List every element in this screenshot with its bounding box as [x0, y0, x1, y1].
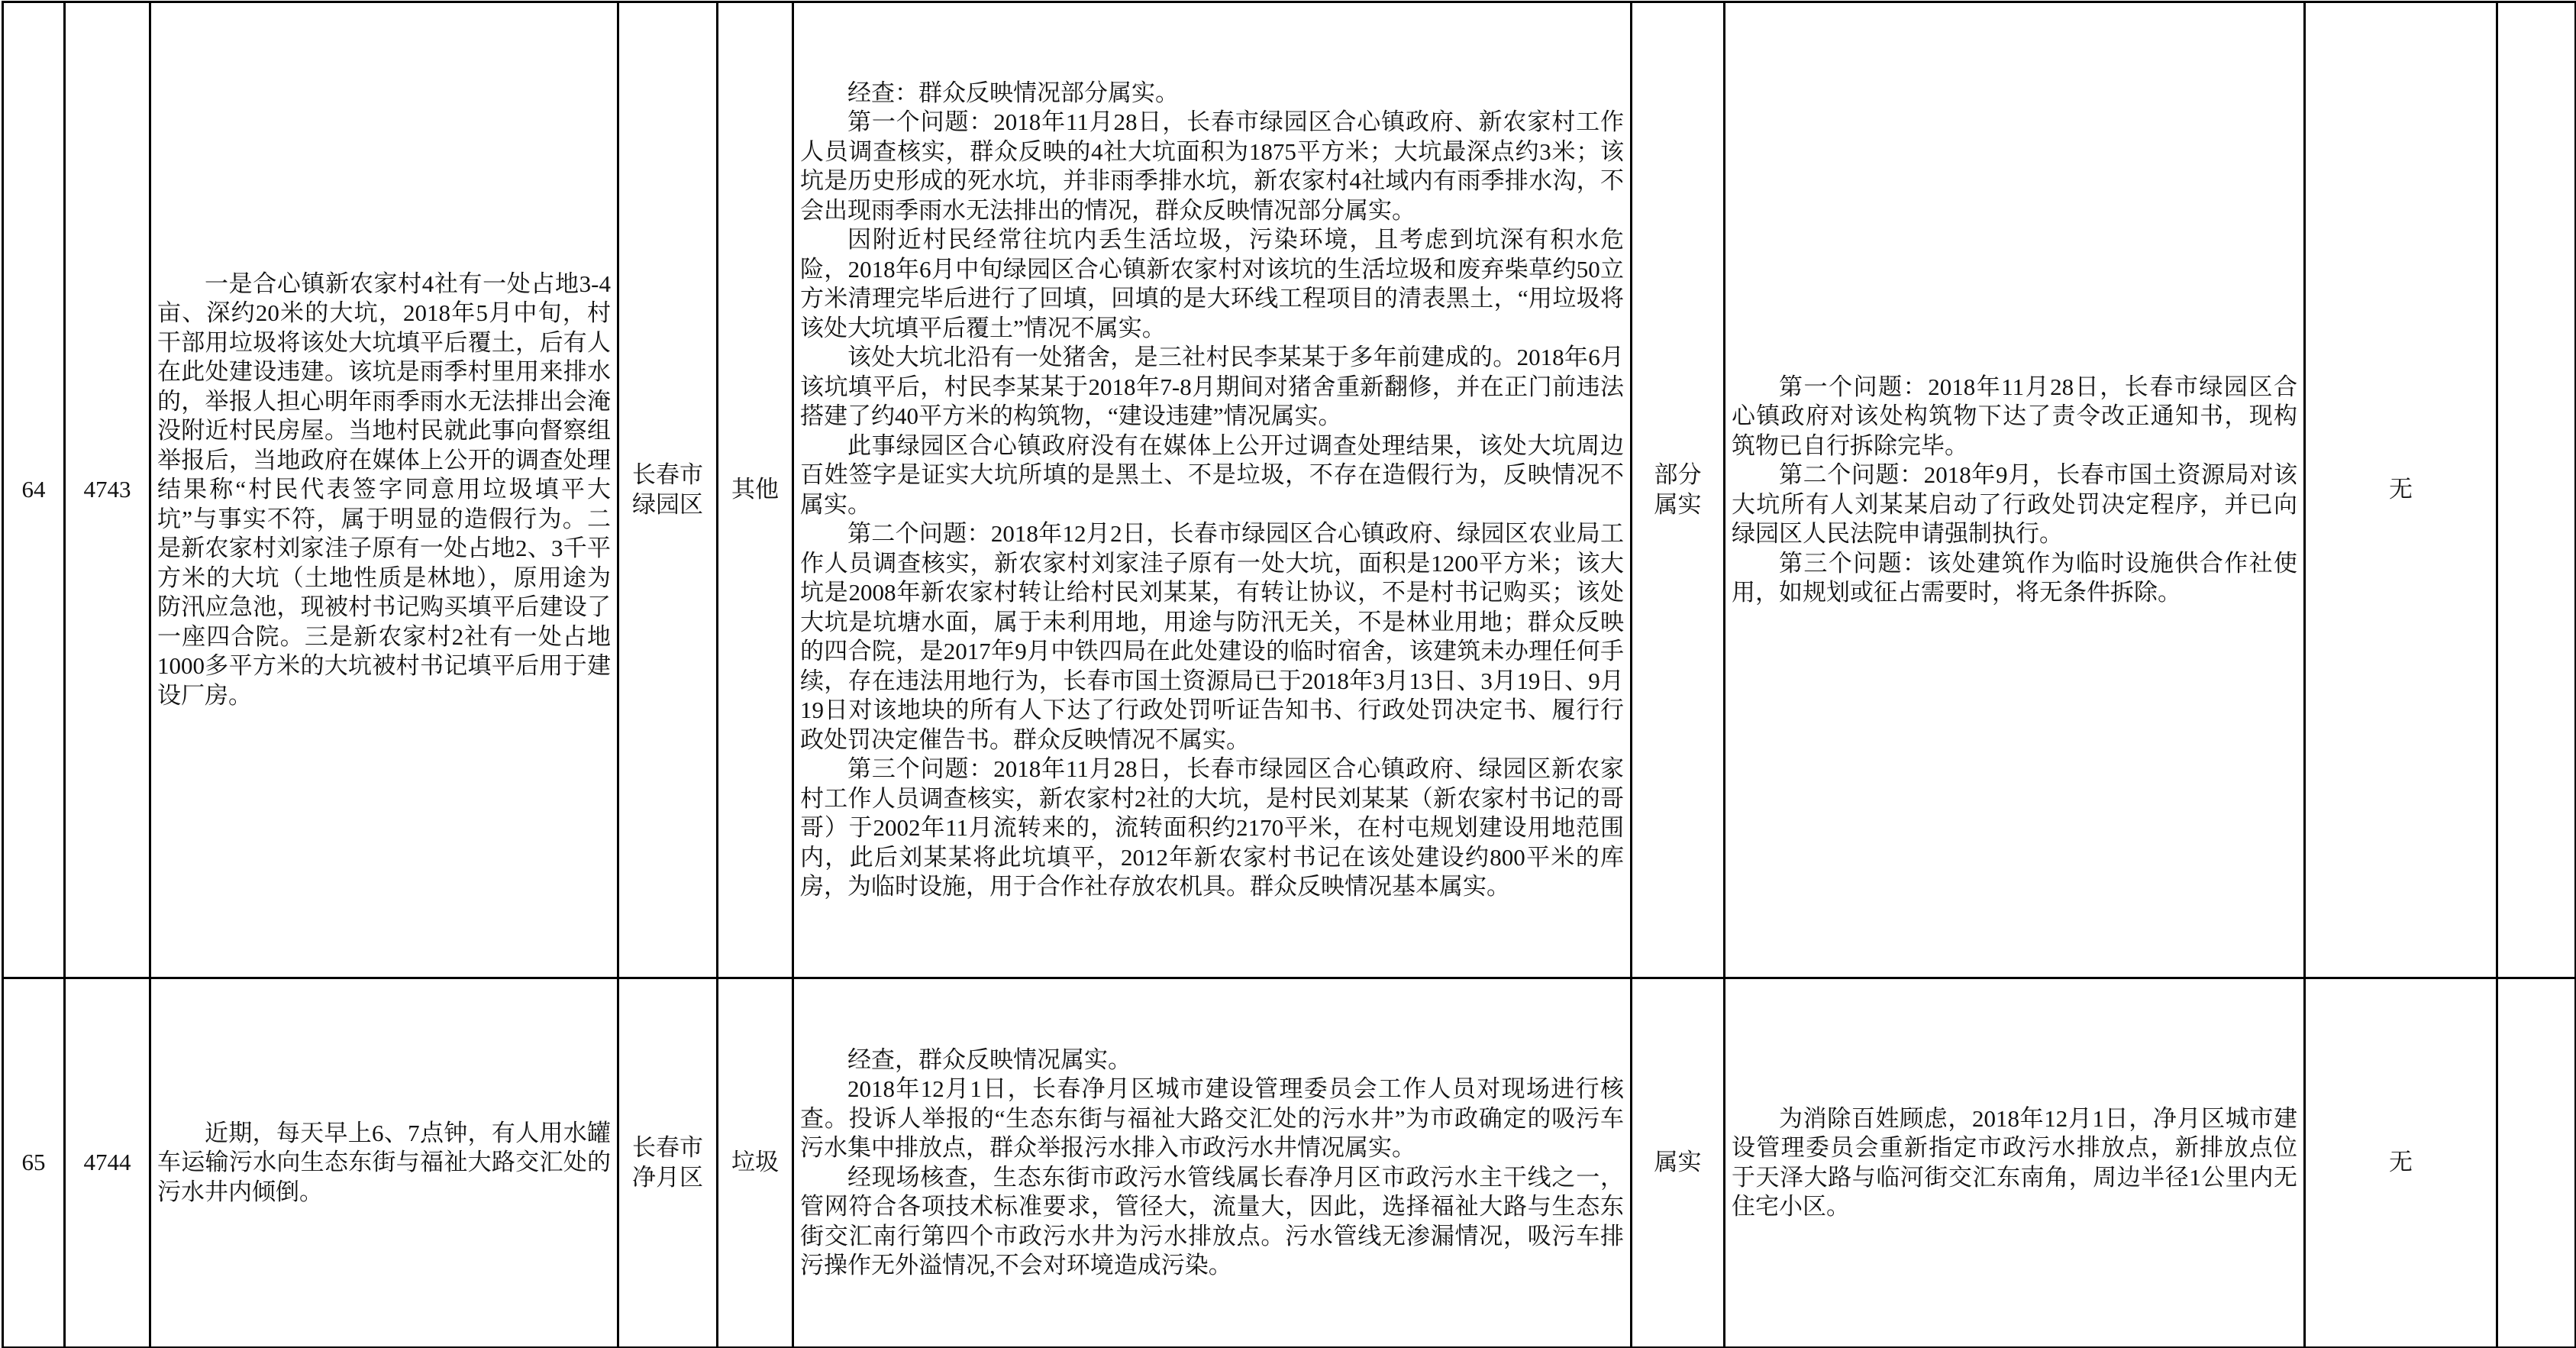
district-label: 长春市绿园区	[631, 461, 705, 519]
district-label: 长春市净月区	[631, 1133, 705, 1192]
investigation-paragraph: 经查，群众反映情况属实。	[800, 1046, 1624, 1075]
table-row: 64 4743 一是合心镇新农家村4社有一处占地3-4亩、深约20米的大坑，20…	[3, 2, 2576, 978]
category-cell: 其他	[718, 2, 793, 978]
district-cell: 长春市绿园区	[618, 2, 718, 978]
investigation-paragraph: 此事绿园区合心镇政府没有在媒体上公开过调查处理结果，该处大坑周边百姓签字是证实大…	[800, 432, 1624, 520]
complaint-paragraph: 近期，每天早上6、7点钟，有人用水罐车运输污水向生态东街与福祉大路交汇处的污水井…	[157, 1119, 611, 1207]
remarks-cell	[2497, 2, 2576, 978]
seq-cell: 65	[3, 978, 65, 1348]
rectification-paragraph: 为消除百姓顾虑，2018年12月1日，净月区城市建设管理委员会重新指定市政污水排…	[1732, 1104, 2297, 1222]
accountability-cell: 无	[2305, 978, 2497, 1348]
investigation-paragraph: 因附近村民经常往坑内丢生活垃圾，污染环境，且考虑到坑深有积水危险，2018年6月…	[800, 225, 1624, 343]
rectification-paragraph: 第一个问题：2018年11月28日，长春市绿园区合心镇政府对该处构筑物下达了责令…	[1732, 373, 2297, 461]
investigation-paragraph: 经现场核查，生态东街市政污水管线属长春净月区市政污水主干线之一，管网符合各项技术…	[800, 1163, 1624, 1281]
category-cell: 垃圾	[718, 978, 793, 1348]
accountability-cell: 无	[2305, 2, 2497, 978]
verdict-cell: 部分属实	[1632, 2, 1725, 978]
verdict-cell: 属实	[1632, 978, 1725, 1348]
investigation-paragraph: 第二个问题：2018年12月2日，长春市绿园区合心镇政府、绿园区农业局工作人员调…	[800, 519, 1624, 755]
investigation-cell: 经查：群众反映情况部分属实。 第一个问题：2018年11月28日，长春市绿园区合…	[793, 2, 1632, 978]
investigation-paragraph: 经查：群众反映情况部分属实。	[800, 79, 1624, 108]
complaint-cell: 一是合心镇新农家村4社有一处占地3-4亩、深约20米的大坑，2018年5月中旬，…	[150, 2, 618, 978]
remarks-cell	[2497, 978, 2576, 1348]
complaint-cell: 近期，每天早上6、7点钟，有人用水罐车运输污水向生态东街与福祉大路交汇处的污水井…	[150, 978, 618, 1348]
complaint-paragraph: 一是合心镇新农家村4社有一处占地3-4亩、深约20米的大坑，2018年5月中旬，…	[157, 270, 611, 711]
investigation-paragraph: 第三个问题：2018年11月28日，长春市绿园区合心镇政府、绿园区新农家村工作人…	[800, 755, 1624, 902]
case-number-cell: 4744	[65, 978, 150, 1348]
rectification-paragraph: 第二个问题：2018年9月，长春市国土资源局对该大坑所有人刘某某启动了行政处罚决…	[1732, 461, 2297, 549]
investigation-paragraph: 2018年12月1日，长春净月区城市建设管理委员会工作人员对现场进行核查。投诉人…	[800, 1075, 1624, 1163]
investigation-cell: 经查，群众反映情况属实。 2018年12月1日，长春净月区城市建设管理委员会工作…	[793, 978, 1632, 1348]
investigation-paragraph: 第一个问题：2018年11月28日，长春市绿园区合心镇政府、新农家村工作人员调查…	[800, 108, 1624, 225]
rectification-cell: 为消除百姓顾虑，2018年12月1日，净月区城市建设管理委员会重新指定市政污水排…	[1725, 978, 2305, 1348]
case-number-cell: 4743	[65, 2, 150, 978]
rectification-cell: 第一个问题：2018年11月28日，长春市绿园区合心镇政府对该处构筑物下达了责令…	[1725, 2, 2305, 978]
case-table: 64 4743 一是合心镇新农家村4社有一处占地3-4亩、深约20米的大坑，20…	[2, 1, 2576, 1348]
investigation-paragraph: 该处大坑北沿有一处猪舍，是三社村民李某某于多年前建成的。2018年6月该坑填平后…	[800, 343, 1624, 432]
table-row: 65 4744 近期，每天早上6、7点钟，有人用水罐车运输污水向生态东街与福祉大…	[3, 978, 2576, 1348]
seq-cell: 64	[3, 2, 65, 978]
verdict-label: 部分属实	[1652, 461, 1703, 519]
rectification-paragraph: 第三个问题：该处建筑作为临时设施供合作社使用，如规划或征占需要时，将无条件拆除。	[1732, 549, 2297, 608]
district-cell: 长春市净月区	[618, 978, 718, 1348]
verdict-label: 属实	[1654, 1148, 1702, 1178]
